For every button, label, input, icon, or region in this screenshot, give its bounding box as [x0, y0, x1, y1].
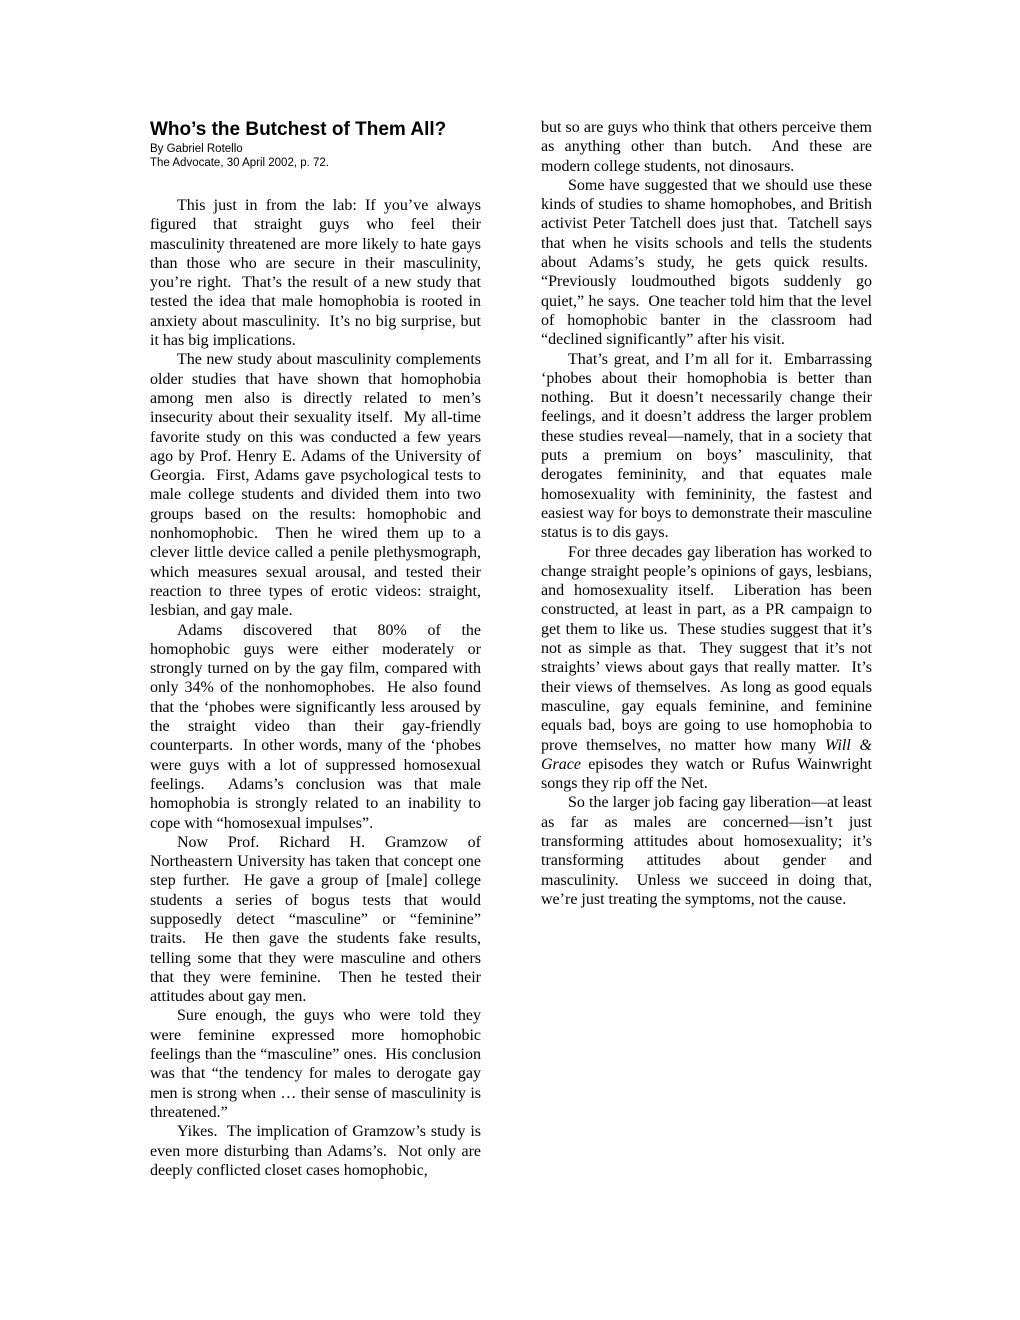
paragraph: Adams discovered that 80% of the homopho… — [150, 621, 481, 833]
paragraph: The new study about masculinity compleme… — [150, 350, 481, 620]
text-run: Sure enough, the guys who were told they… — [150, 1007, 481, 1120]
text-run: episodes they watch or Rufus Wainwright … — [541, 756, 872, 792]
paragraph: So the larger job facing gay liberation—… — [541, 793, 872, 909]
document-page: Who’s the Butchest of Them All? By Gabri… — [0, 0, 1020, 1320]
paragraph: Some have suggested that we should use t… — [541, 176, 872, 350]
article-byline: By Gabriel Rotello — [150, 142, 481, 156]
right-column-text: but so are guys who think that others pe… — [541, 118, 872, 909]
paragraph: but so are guys who think that others pe… — [541, 118, 872, 176]
paragraph: That’s great, and I’m all for it. Embarr… — [541, 350, 872, 543]
article-source: The Advocate, 30 April 2002, p. 72. — [150, 156, 481, 170]
text-run: but so are guys who think that others pe… — [541, 119, 872, 175]
text-run: The new study about masculinity compleme… — [150, 351, 481, 619]
text-run: So the larger job facing gay liberation—… — [541, 794, 872, 907]
article-title: Who’s the Butchest of Them All? — [150, 118, 481, 142]
right-column: but so are guys who think that others pe… — [541, 118, 872, 909]
text-run: Now Prof. Richard H. Gramzow of Northeas… — [150, 834, 481, 1005]
text-run: Adams discovered that 80% of the homopho… — [150, 622, 481, 832]
paragraph: For three decades gay liberation has wor… — [541, 543, 872, 794]
paragraph: Now Prof. Richard H. Gramzow of Northeas… — [150, 833, 481, 1007]
paragraph: Sure enough, the guys who were told they… — [150, 1006, 481, 1122]
left-column: Who’s the Butchest of Them All? By Gabri… — [150, 118, 481, 1180]
text-run: Some have suggested that we should use t… — [541, 177, 872, 348]
paragraph: Yikes. The implication of Gramzow’s stud… — [150, 1122, 481, 1180]
text-run: This just in from the lab: If you’ve alw… — [150, 197, 481, 349]
left-column-text: This just in from the lab: If you’ve alw… — [150, 196, 481, 1180]
article-header: Who’s the Butchest of Them All? By Gabri… — [150, 118, 481, 170]
text-run: For three decades gay liberation has wor… — [541, 544, 872, 754]
text-run: That’s great, and I’m all for it. Embarr… — [541, 351, 872, 542]
text-run: Yikes. The implication of Gramzow’s stud… — [150, 1123, 481, 1179]
paragraph: This just in from the lab: If you’ve alw… — [150, 196, 481, 350]
